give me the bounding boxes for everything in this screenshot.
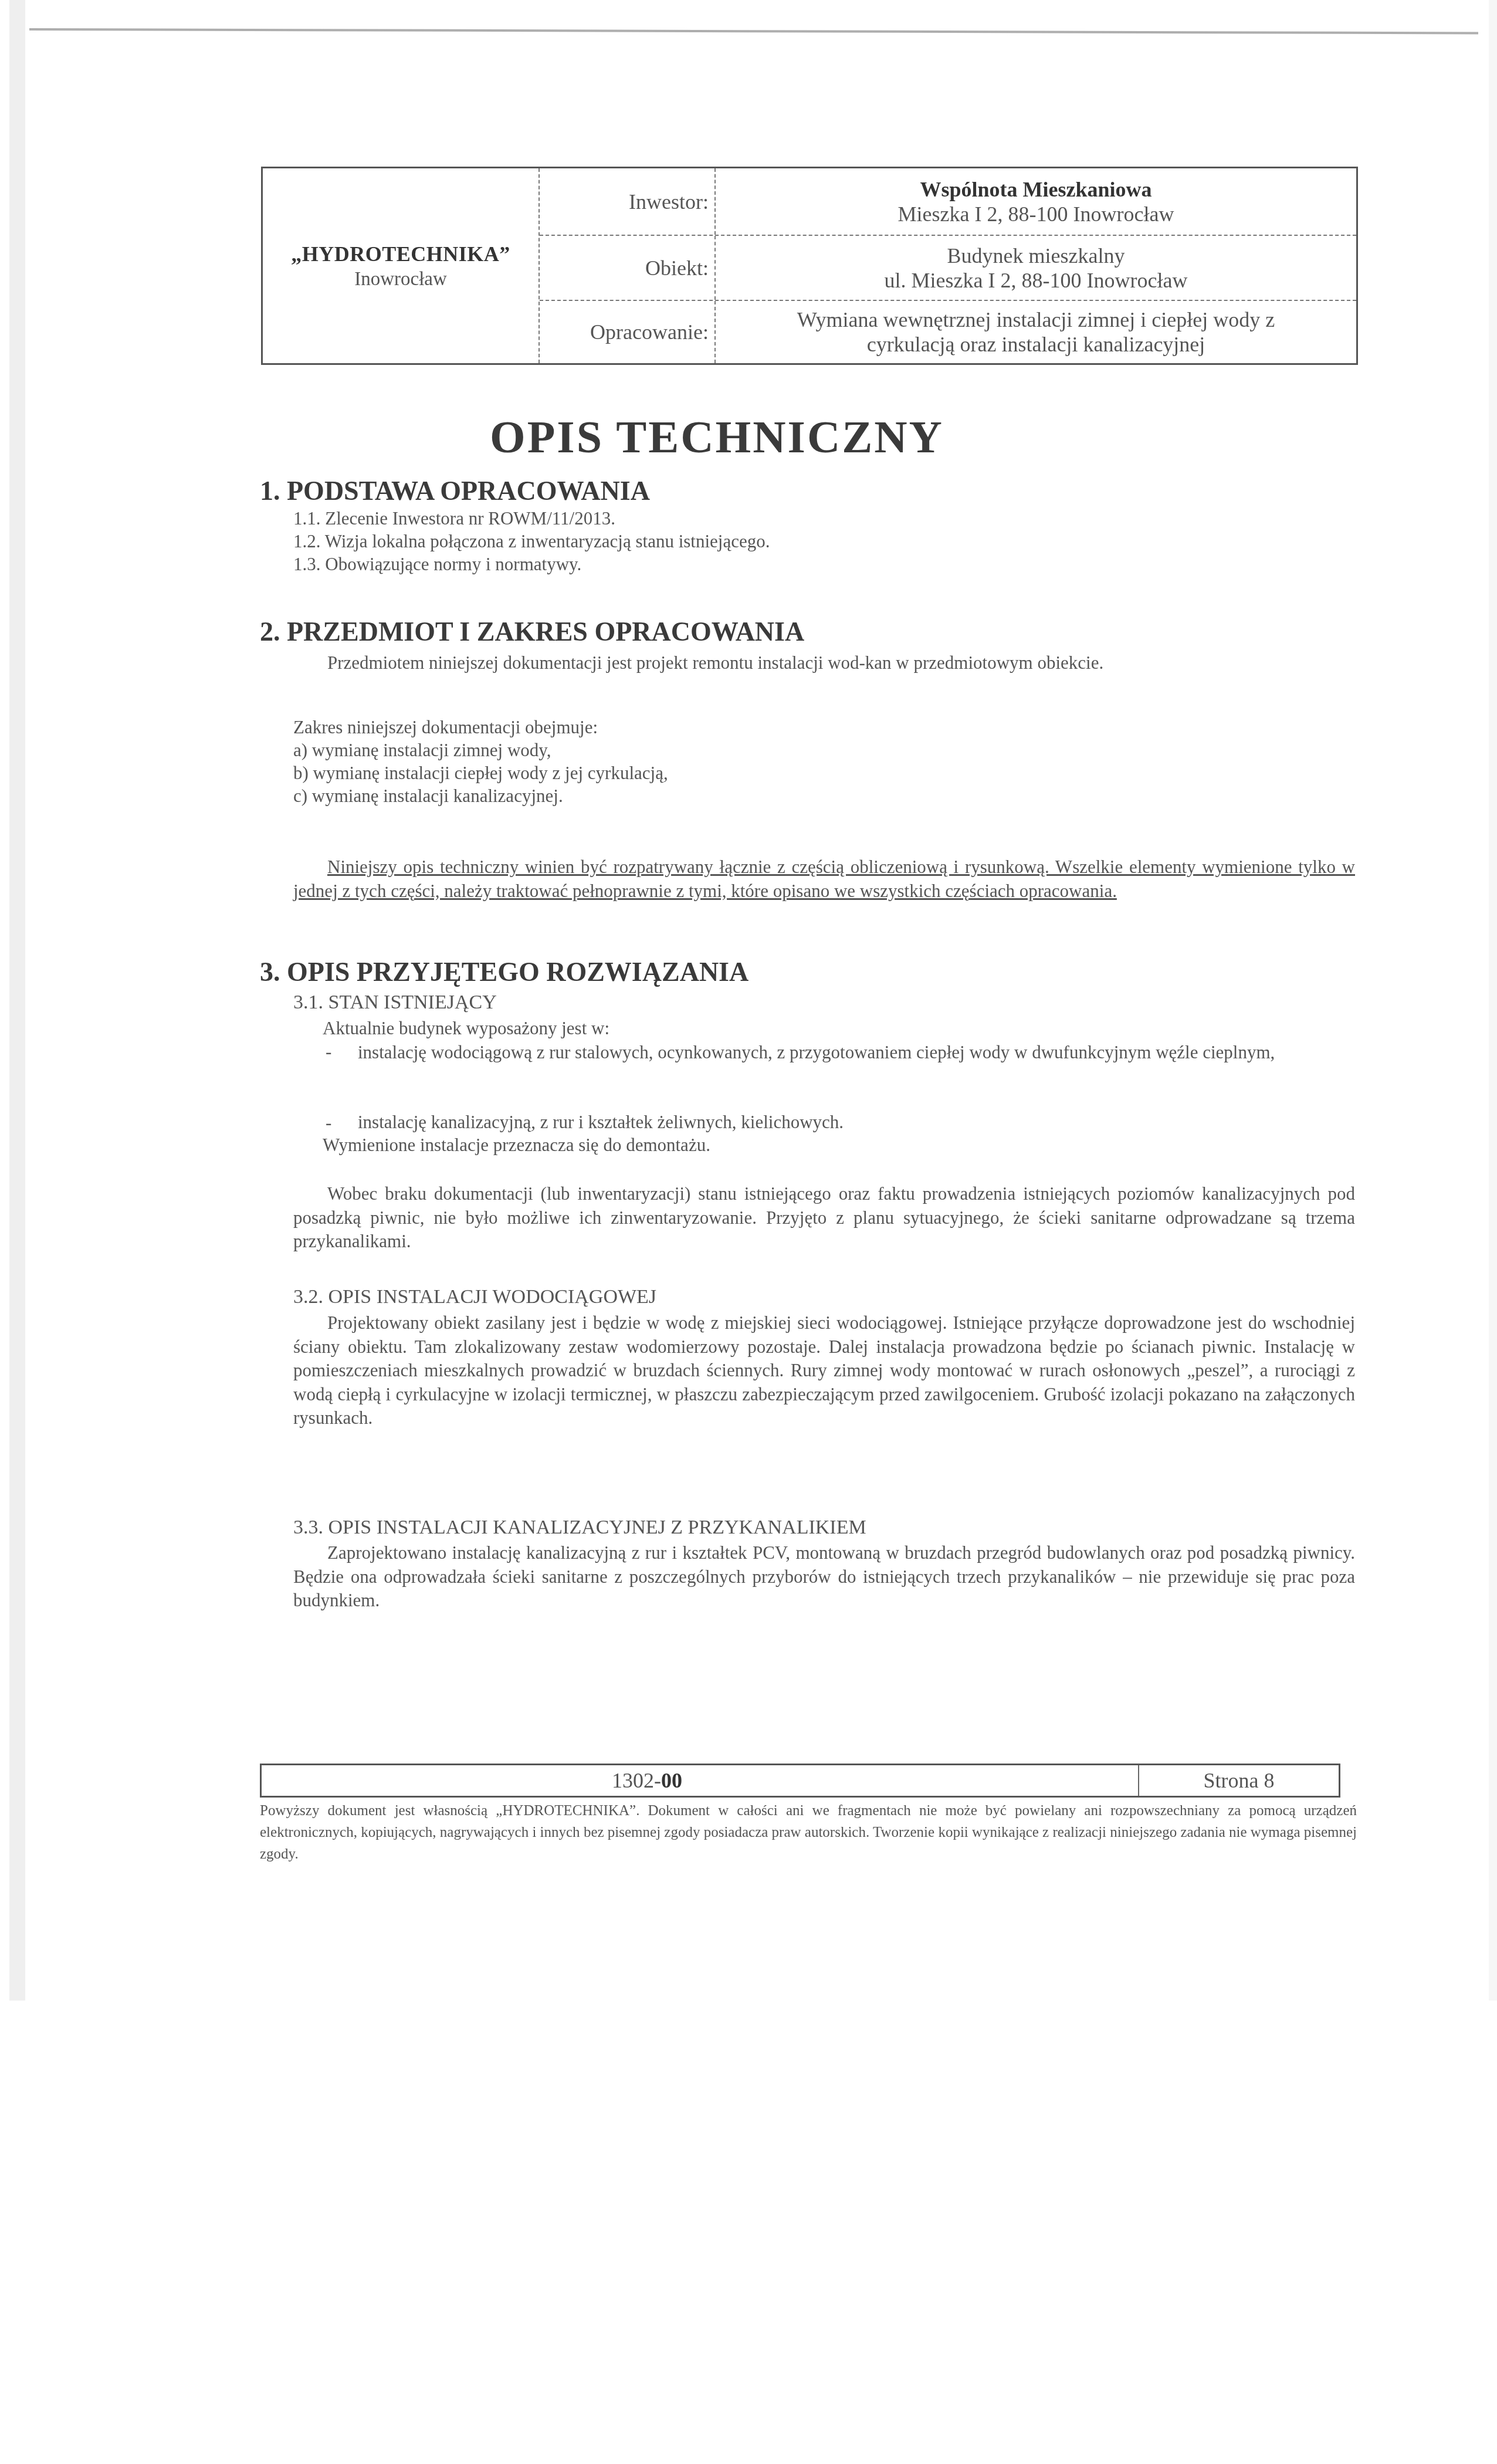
scan-edge-left (9, 0, 25, 2001)
object-value: Budynek mieszkalny ul. Mieszka I 2, 88-1… (716, 236, 1356, 300)
scope-value: Wymiana wewnętrznej instalacji zimnej i … (716, 301, 1356, 363)
investor-label: Inwestor: (540, 168, 716, 235)
document-code-prefix: 1302- (612, 1768, 661, 1793)
section-3-heading: 3. OPIS PRZYJĘTEGO ROZWIĄZANIA (260, 956, 749, 987)
section-1-heading: 1. PODSTAWA OPRACOWANIA (260, 475, 650, 506)
bullet-dash-icon: - (326, 1041, 331, 1062)
company-cell: „HYDROTECHNIKA” Inowrocław (263, 168, 540, 363)
document-title: OPIS TECHNICZNY (490, 411, 944, 463)
section-1-item-3: 1.3. Obowiązujące normy i normatywy. (293, 554, 581, 575)
subsection-3-1-closing: Wymienione instalacje przeznacza się do … (323, 1135, 710, 1156)
investor-value: Wspólnota Mieszkaniowa Mieszka I 2, 88-1… (716, 168, 1356, 235)
investor-address: Mieszka I 2, 88-100 Inowrocław (898, 202, 1174, 226)
section-2-heading: 2. PRZEDMIOT I ZAKRES OPRACOWANIA (260, 616, 804, 647)
company-city: Inowrocław (354, 269, 447, 290)
subsection-3-1-bullet-2: instalację kanalizacyjną, z rur i kształ… (358, 1112, 844, 1133)
bullet-dash-icon: - (326, 1112, 331, 1133)
section-2-scope-item-c: c) wymianę instalacji kanalizacyjnej. (293, 786, 563, 807)
copyright-note: Powyższy dokument jest własnością „HYDRO… (260, 1800, 1357, 1865)
company-name: „HYDROTECHNIKA” (291, 242, 510, 266)
scan-edge-right (1489, 0, 1497, 2001)
header-row-object: Obiekt: Budynek mieszkalny ul. Mieszka I… (540, 236, 1356, 301)
object-address: ul. Mieszka I 2, 88-100 Inowrocław (885, 268, 1188, 293)
subsection-3-3-paragraph: Zaprojektowano instalację kanalizacyjną … (293, 1541, 1355, 1613)
subsection-3-1-heading: 3.1. STAN ISTNIEJĄCY (293, 991, 497, 1014)
investor-name: Wspólnota Mieszkaniowa (920, 177, 1151, 202)
object-name: Budynek mieszkalny (947, 243, 1125, 268)
object-label: Obiekt: (540, 236, 716, 300)
scope-line-1: Wymiana wewnętrznej instalacji zimnej i … (797, 307, 1275, 332)
subsection-3-3-heading: 3.3. OPIS INSTALACJI KANALIZACYJNEJ Z PR… (293, 1517, 866, 1539)
scan-top-line (29, 28, 1478, 34)
section-2-intro: Przedmiotem niniejszej dokumentacji jest… (293, 651, 1355, 675)
section-1-item-1: 1.1. Zlecenie Inwestora nr ROWM/11/2013. (293, 508, 615, 529)
scope-label: Opracowanie: (540, 301, 716, 363)
subsection-3-1-bullet-1: instalację wodociągową z rur stalowych, … (358, 1041, 1355, 1065)
document-code: 1302-00 (262, 1765, 1139, 1796)
scope-line-2: cyrkulacją oraz instalacji kanalizacyjne… (867, 332, 1205, 357)
section-2-scope-lead: Zakres niniejszej dokumentacji obejmuje: (293, 717, 598, 738)
footer-table: 1302-00 Strona 8 (260, 1764, 1340, 1798)
header-row-investor: Inwestor: Wspólnota Mieszkaniowa Mieszka… (540, 168, 1356, 236)
section-2-scope-item-b: b) wymianę instalacji ciepłej wody z jej… (293, 763, 668, 784)
subsection-3-1-lead: Aktualnie budynek wyposażony jest w: (323, 1018, 609, 1039)
header-row-scope: Opracowanie: Wymiana wewnętrznej instala… (540, 301, 1356, 363)
section-2-note: Niniejszy opis techniczny winien być roz… (293, 855, 1355, 903)
document-code-suffix: 00 (661, 1768, 682, 1793)
subsection-3-2-heading: 3.2. OPIS INSTALACJI WODOCIĄGOWEJ (293, 1286, 656, 1308)
subsection-3-1-paragraph: Wobec braku dokumentacji (lub inwentaryz… (293, 1182, 1355, 1254)
section-1-item-2: 1.2. Wizja lokalna połączona z inwentary… (293, 531, 770, 552)
section-2-scope-item-a: a) wymianę instalacji zimnej wody, (293, 740, 551, 761)
page-number: Strona 8 (1139, 1765, 1339, 1796)
header-rows: Inwestor: Wspólnota Mieszkaniowa Mieszka… (540, 168, 1356, 363)
header-table: „HYDROTECHNIKA” Inowrocław Inwestor: Wsp… (261, 167, 1358, 365)
subsection-3-2-paragraph: Projektowany obiekt zasilany jest i będz… (293, 1311, 1355, 1430)
